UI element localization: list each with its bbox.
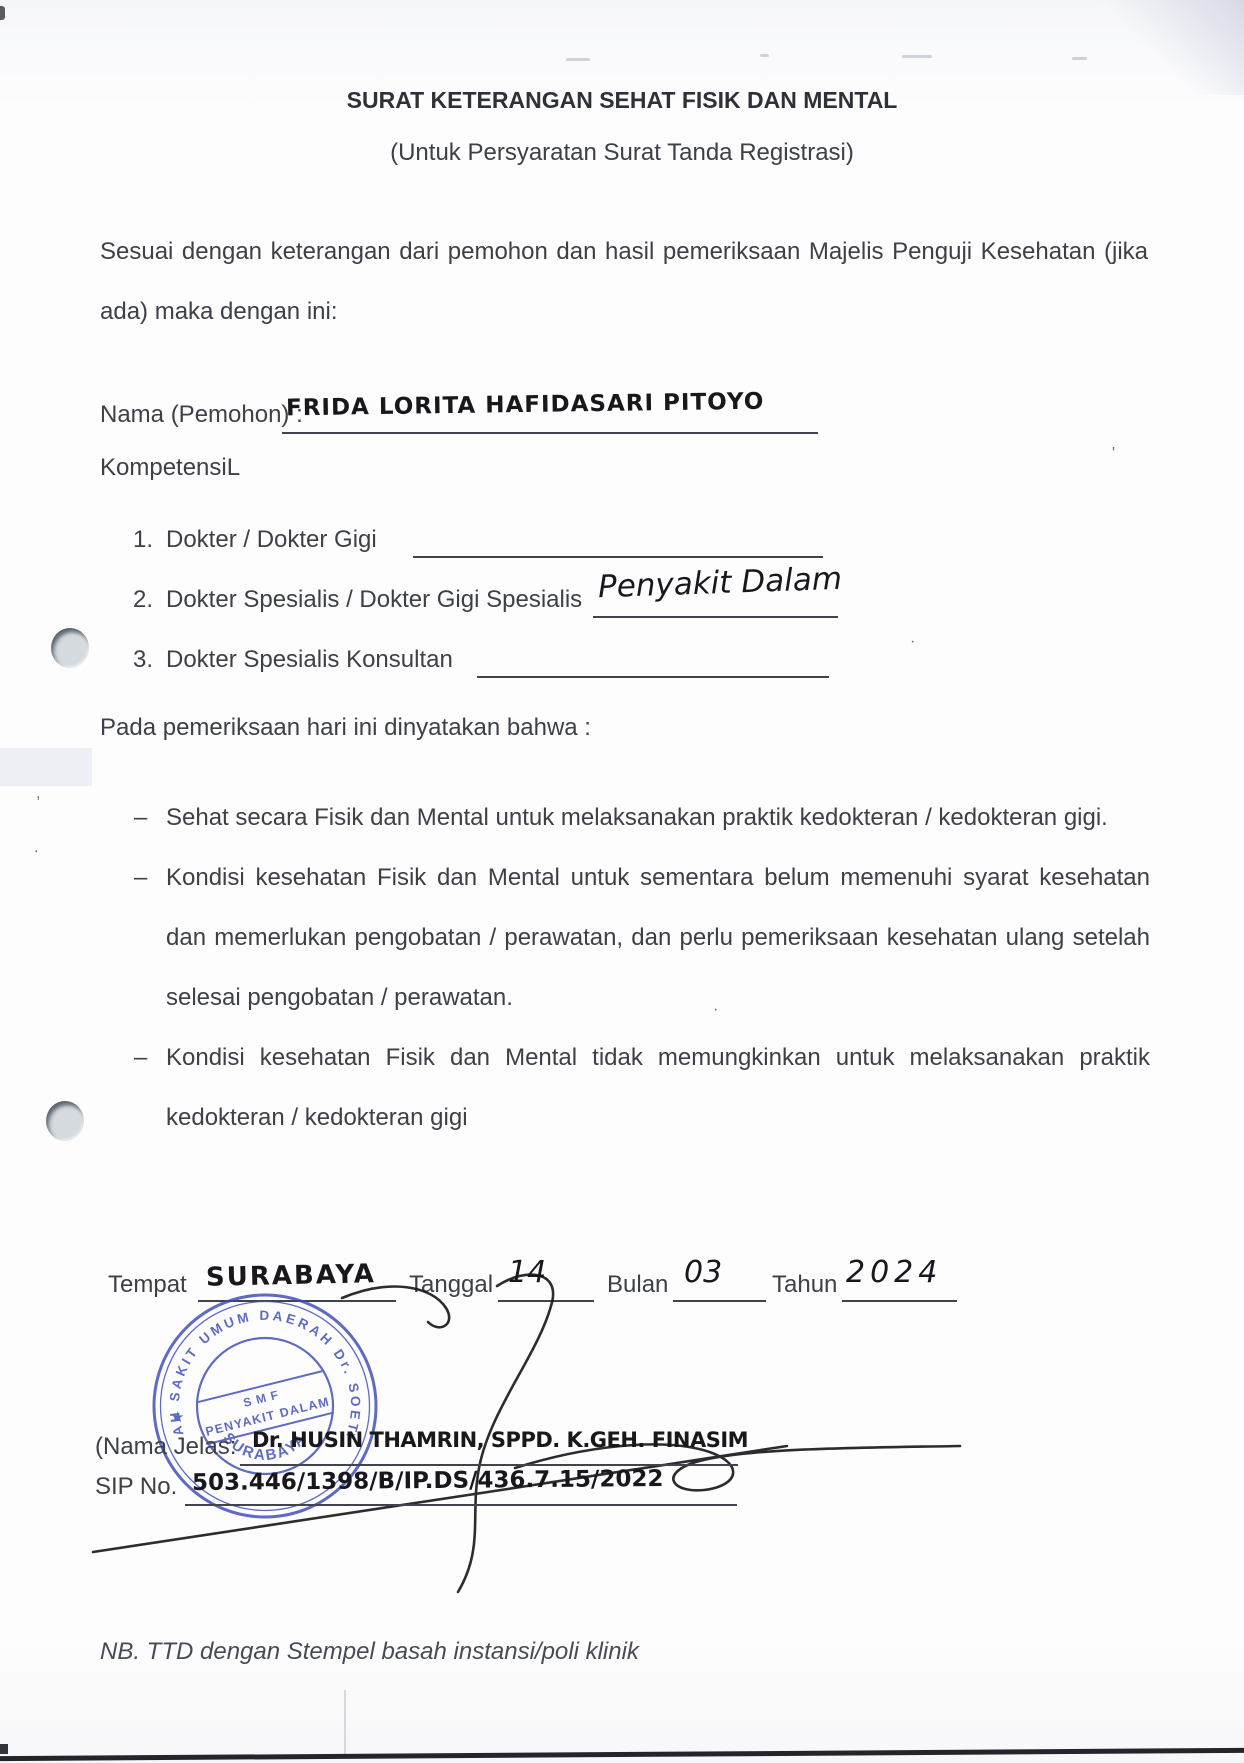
- scan-bottom-edge: [0, 1748, 1244, 1761]
- scan-edge-mark: [0, 1744, 8, 1754]
- bullet-marker: –: [134, 1028, 147, 1088]
- scan-speck: ': [1112, 446, 1115, 462]
- list-number: 3.: [133, 630, 153, 690]
- kompetensi-heading: KompetensiL: [100, 438, 240, 498]
- bullet-marker: –: [134, 788, 147, 848]
- sip-label: SIP No.: [95, 1457, 177, 1517]
- statement-intro: Pada pemeriksaan hari ini dinyatakan bah…: [100, 698, 591, 758]
- scan-smudge: [566, 58, 590, 61]
- blank-line: [413, 556, 823, 558]
- punch-hole: [46, 1101, 84, 1141]
- document-title: SURAT KETERANGAN SEHAT FISIK DAN MENTAL: [0, 70, 1244, 130]
- footnote: NB. TTD dengan Stempel basah instansi/po…: [100, 1622, 639, 1682]
- scanned-document-page: SURAT KETERANGAN SEHAT FISIK DAN MENTAL …: [0, 0, 1244, 1763]
- name-field-handwritten-value: FRIDA LORITA HAFIDASARI PITOYO: [286, 389, 765, 422]
- spesialis-handwritten-value: Penyakit Dalam: [597, 562, 842, 606]
- scan-blot: [0, 748, 92, 786]
- list-number: 1.: [133, 510, 153, 570]
- scan-speck: ·: [910, 634, 915, 650]
- scan-speck: ·: [713, 1002, 718, 1018]
- blank-line: [240, 1464, 738, 1466]
- name-field-label: Nama (Pemohon) :: [100, 385, 303, 445]
- scan-smudge: [902, 55, 932, 58]
- document-subtitle: (Untuk Persyaratan Surat Tanda Registras…: [0, 123, 1244, 183]
- list-item-dokter-spesialis: Dokter Spesialis / Dokter Gigi Spesialis: [166, 570, 582, 630]
- statement-sehat: Sehat secara Fisik dan Mental untuk mela…: [166, 788, 1150, 848]
- blank-line: [593, 616, 838, 618]
- blank-line: [477, 676, 829, 678]
- scan-edge-mark: [0, 6, 5, 20]
- signer-name-handwritten: Dr. HUSIN THAMRIN, SPPD. K.GEH. FINASIM: [252, 1428, 748, 1452]
- statement-tidak-memungkinkan: Kondisi kesehatan Fisik dan Mental tidak…: [166, 1028, 1150, 1148]
- scan-smudge: [760, 54, 769, 57]
- scan-speck: .: [34, 840, 38, 856]
- sip-handwritten-value: 503.446/1398/B/IP.DS/436.7.15/2022: [192, 1466, 664, 1497]
- list-item-dokter: Dokter / Dokter Gigi: [166, 510, 377, 570]
- list-number: 2.: [133, 570, 153, 630]
- scan-speck: ,: [36, 786, 40, 802]
- statement-belum-memenuhi: Kondisi kesehatan Fisik dan Mental untuk…: [166, 848, 1150, 1028]
- scan-smudge: [1072, 57, 1087, 60]
- bullet-marker: –: [134, 848, 147, 908]
- blank-line: [185, 1504, 737, 1506]
- blank-line: [282, 432, 818, 434]
- punch-hole: [51, 628, 89, 668]
- list-item-dokter-konsultan: Dokter Spesialis Konsultan: [166, 630, 453, 690]
- scan-fold-line: [344, 1690, 346, 1755]
- intro-paragraph: Sesuai dengan keterangan dari pemohon da…: [100, 222, 1148, 342]
